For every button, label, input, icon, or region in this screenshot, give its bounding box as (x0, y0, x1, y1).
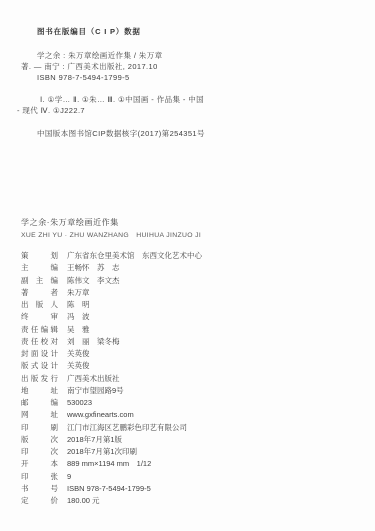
colophon-row: 出版人 陈 明 (21, 299, 365, 311)
row-label: 策划 (21, 250, 58, 262)
colophon-row: 终审 冯 波 (21, 311, 365, 323)
colophon-row: 开本 889 mm×1194 mm 1/12 (21, 458, 365, 470)
cip-classification-line-1: Ⅰ. ①学… Ⅱ. ①朱… Ⅲ. ①中国画 - 作品集 - 中国 (40, 94, 355, 105)
row-label: 主编 (21, 262, 58, 274)
row-value: 2018年7月第1次印刷 (67, 446, 137, 458)
row-label: 印刷 (21, 422, 58, 434)
row-value: 陈 明 (67, 299, 90, 311)
cip-record-number: 中国版本图书馆CIP数据核字(2017)第254351号 (37, 128, 355, 139)
row-label: 副主编 (21, 275, 58, 287)
row-label: 印张 (21, 471, 58, 483)
row-value: 889 mm×1194 mm 1/12 (67, 458, 151, 470)
row-label: 封面设计 (21, 348, 58, 360)
row-value: 朱万章 (67, 287, 90, 299)
colophon-row: 主编 王畅怀 苏 志 (21, 262, 365, 274)
row-label: 版式设计 (21, 360, 58, 372)
row-value: 关英俊 (67, 348, 90, 360)
row-value: www.gxfinearts.com (67, 409, 134, 421)
row-label: 书号 (21, 483, 58, 495)
row-label: 责任校对 (21, 336, 58, 348)
colophon-row: 书号 ISBN 978-7-5494-1799-5 (21, 483, 365, 495)
colophon-row: 责任编辑 吴 雅 (21, 324, 365, 336)
colophon-row: 封面设计 关英俊 (21, 348, 365, 360)
row-value: 南宁市望园路9号 (67, 385, 124, 397)
cip-bibliographic-paragraph: 学之余 : 朱万章绘画近作集 / 朱万章 著. — 南宁 : 广西美术出版社, … (21, 50, 355, 83)
row-value: 广西美术出版社 (67, 373, 120, 385)
colophon-row: 邮编 530023 (21, 397, 365, 409)
row-value: 陈伟文 李文杰 (67, 275, 120, 287)
row-value: 刘 丽 梁冬梅 (67, 336, 120, 348)
colophon-row: 策划 广东省东仓里美术馆 东西文化艺术中心 (21, 250, 365, 262)
row-label: 邮编 (21, 397, 58, 409)
row-label: 开本 (21, 458, 58, 470)
colophon-row: 印刷 江门市江海区艺鹏彩色印艺有限公司 (21, 422, 365, 434)
cip-classification-line-2: - 现代 Ⅳ. ①J222.7 (17, 105, 355, 116)
cip-title-line: 学之余 : 朱万章绘画近作集 / 朱万章 (37, 50, 355, 61)
colophon-row: 出版发行 广西美术出版社 (21, 373, 365, 385)
colophon-row: 版次 2018年7月第1版 (21, 434, 365, 446)
colophon-row: 定价 180.00 元 (21, 495, 365, 507)
cip-heading: 图书在版编目（C I P）数据 (37, 26, 355, 37)
row-value: 王畅怀 苏 志 (67, 262, 120, 274)
copyright-page: 图书在版编目（C I P）数据 学之余 : 朱万章绘画近作集 / 朱万章 著. … (0, 0, 375, 531)
row-label: 出版发行 (21, 373, 58, 385)
colophon-block: 学之余·朱万章绘画近作集 XUE ZHI YU · ZHU WANZHANG H… (21, 217, 365, 507)
row-label: 责任编辑 (21, 324, 58, 336)
colophon-row: 地址 南宁市望园路9号 (21, 385, 365, 397)
book-title-chinese: 学之余·朱万章绘画近作集 (21, 217, 365, 228)
row-value: 广东省东仓里美术馆 东西文化艺术中心 (67, 250, 202, 262)
row-label: 印次 (21, 446, 58, 458)
colophon-row: 著者 朱万章 (21, 287, 365, 299)
row-label: 著者 (21, 287, 58, 299)
row-label: 网址 (21, 409, 58, 421)
row-value: 530023 (67, 397, 92, 409)
row-value: 江门市江海区艺鹏彩色印艺有限公司 (67, 422, 187, 434)
row-value: 冯 波 (67, 311, 90, 323)
colophon-row: 责任校对 刘 丽 梁冬梅 (21, 336, 365, 348)
row-value: 吴 雅 (67, 324, 90, 336)
cip-data-block: 图书在版编目（C I P）数据 学之余 : 朱万章绘画近作集 / 朱万章 著. … (21, 26, 355, 139)
colophon-row: 印张 9 (21, 471, 365, 483)
row-label: 地址 (21, 385, 58, 397)
colophon-row: 网址 www.gxfinearts.com (21, 409, 365, 421)
cip-classification: Ⅰ. ①学… Ⅱ. ①朱… Ⅲ. ①中国画 - 作品集 - 中国 - 现代 Ⅳ.… (21, 94, 355, 116)
row-label: 终审 (21, 311, 58, 323)
book-title-pinyin: XUE ZHI YU · ZHU WANZHANG HUIHUA JINZUO … (21, 231, 365, 241)
cip-publisher-line: 著. — 南宁 : 广西美术出版社, 2017.10 (21, 61, 355, 72)
colophon-row: 印次 2018年7月第1次印刷 (21, 446, 365, 458)
row-label: 出版人 (21, 299, 58, 311)
row-value: 180.00 元 (67, 495, 100, 507)
row-value: 2018年7月第1版 (67, 434, 122, 446)
row-label: 版次 (21, 434, 58, 446)
colophon-rows: 策划 广东省东仓里美术馆 东西文化艺术中心 主编 王畅怀 苏 志 副主编 陈伟文… (21, 250, 365, 507)
row-label: 定价 (21, 495, 58, 507)
colophon-row: 副主编 陈伟文 李文杰 (21, 275, 365, 287)
cip-isbn-line: ISBN 978-7-5494-1799-5 (37, 72, 355, 83)
colophon-row: 版式设计 关英俊 (21, 360, 365, 372)
row-value: 9 (67, 471, 71, 483)
row-value: ISBN 978-7-5494-1799-5 (67, 483, 151, 495)
row-value: 关英俊 (67, 360, 90, 372)
